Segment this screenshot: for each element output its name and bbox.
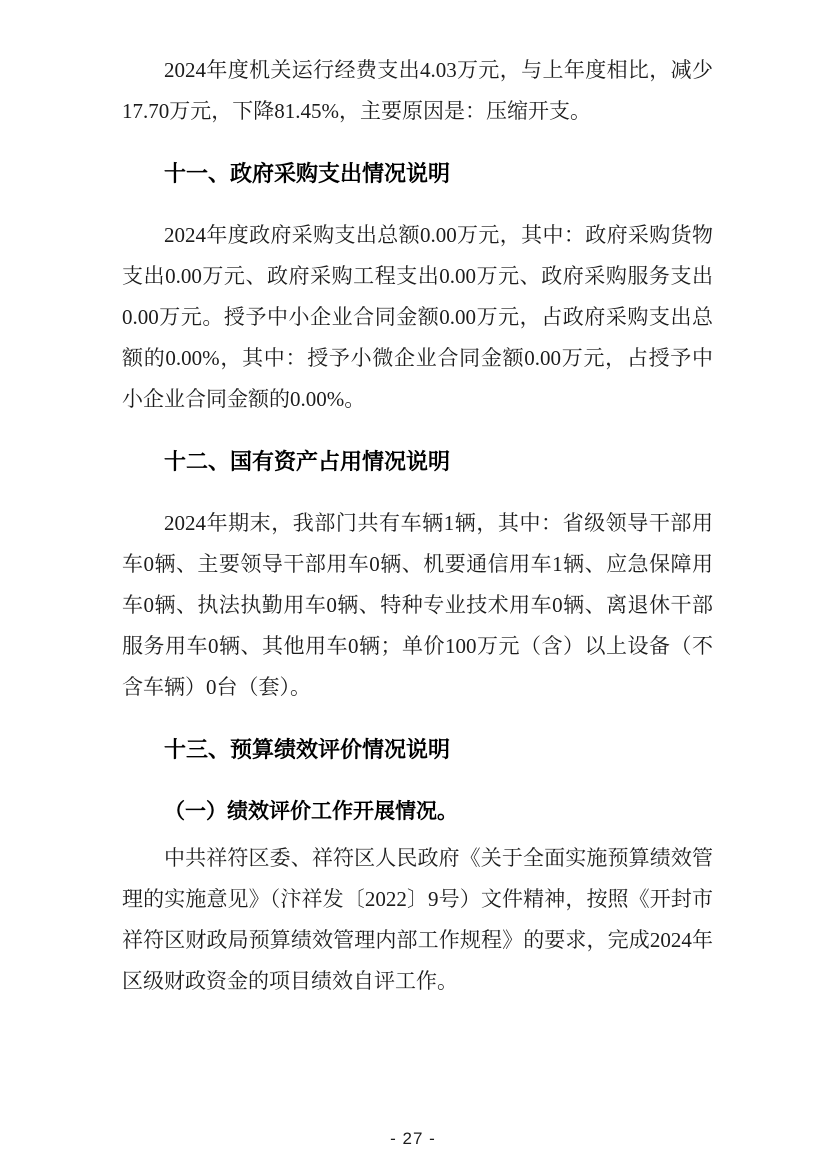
page-number: - 27 -: [390, 1129, 436, 1148]
document-content: 2024年度机关运行经费支出4.03万元，与上年度相比，减少17.70万元，下降…: [122, 50, 713, 1002]
paragraph-agency-operating-expenses: 2024年度机关运行经费支出4.03万元，与上年度相比，减少17.70万元，下降…: [122, 50, 713, 132]
page-footer: - 27 -: [0, 1129, 826, 1149]
paragraph-state-assets-vehicles: 2024年期末，我部门共有车辆1辆，其中：省级领导干部用车0辆、主要领导干部用车…: [122, 503, 713, 708]
document-page: 2024年度机关运行经费支出4.03万元，与上年度相比，减少17.70万元，下降…: [0, 0, 826, 1169]
heading-section-11-government-procurement: 十一、政府采购支出情况说明: [122, 153, 713, 194]
paragraph-government-procurement: 2024年度政府采购支出总额0.00万元，其中：政府采购货物支出0.00万元、政…: [122, 215, 713, 420]
paragraph-performance-evaluation: 中共祥符区委、祥符区人民政府《关于全面实施预算绩效管理的实施意见》（汴祥发〔20…: [122, 838, 713, 1002]
subheading-performance-evaluation-work: （一）绩效评价工作开展情况。: [122, 791, 713, 832]
heading-section-13-budget-performance: 十三、预算绩效评价情况说明: [122, 729, 713, 770]
heading-section-12-state-assets: 十二、国有资产占用情况说明: [122, 441, 713, 482]
